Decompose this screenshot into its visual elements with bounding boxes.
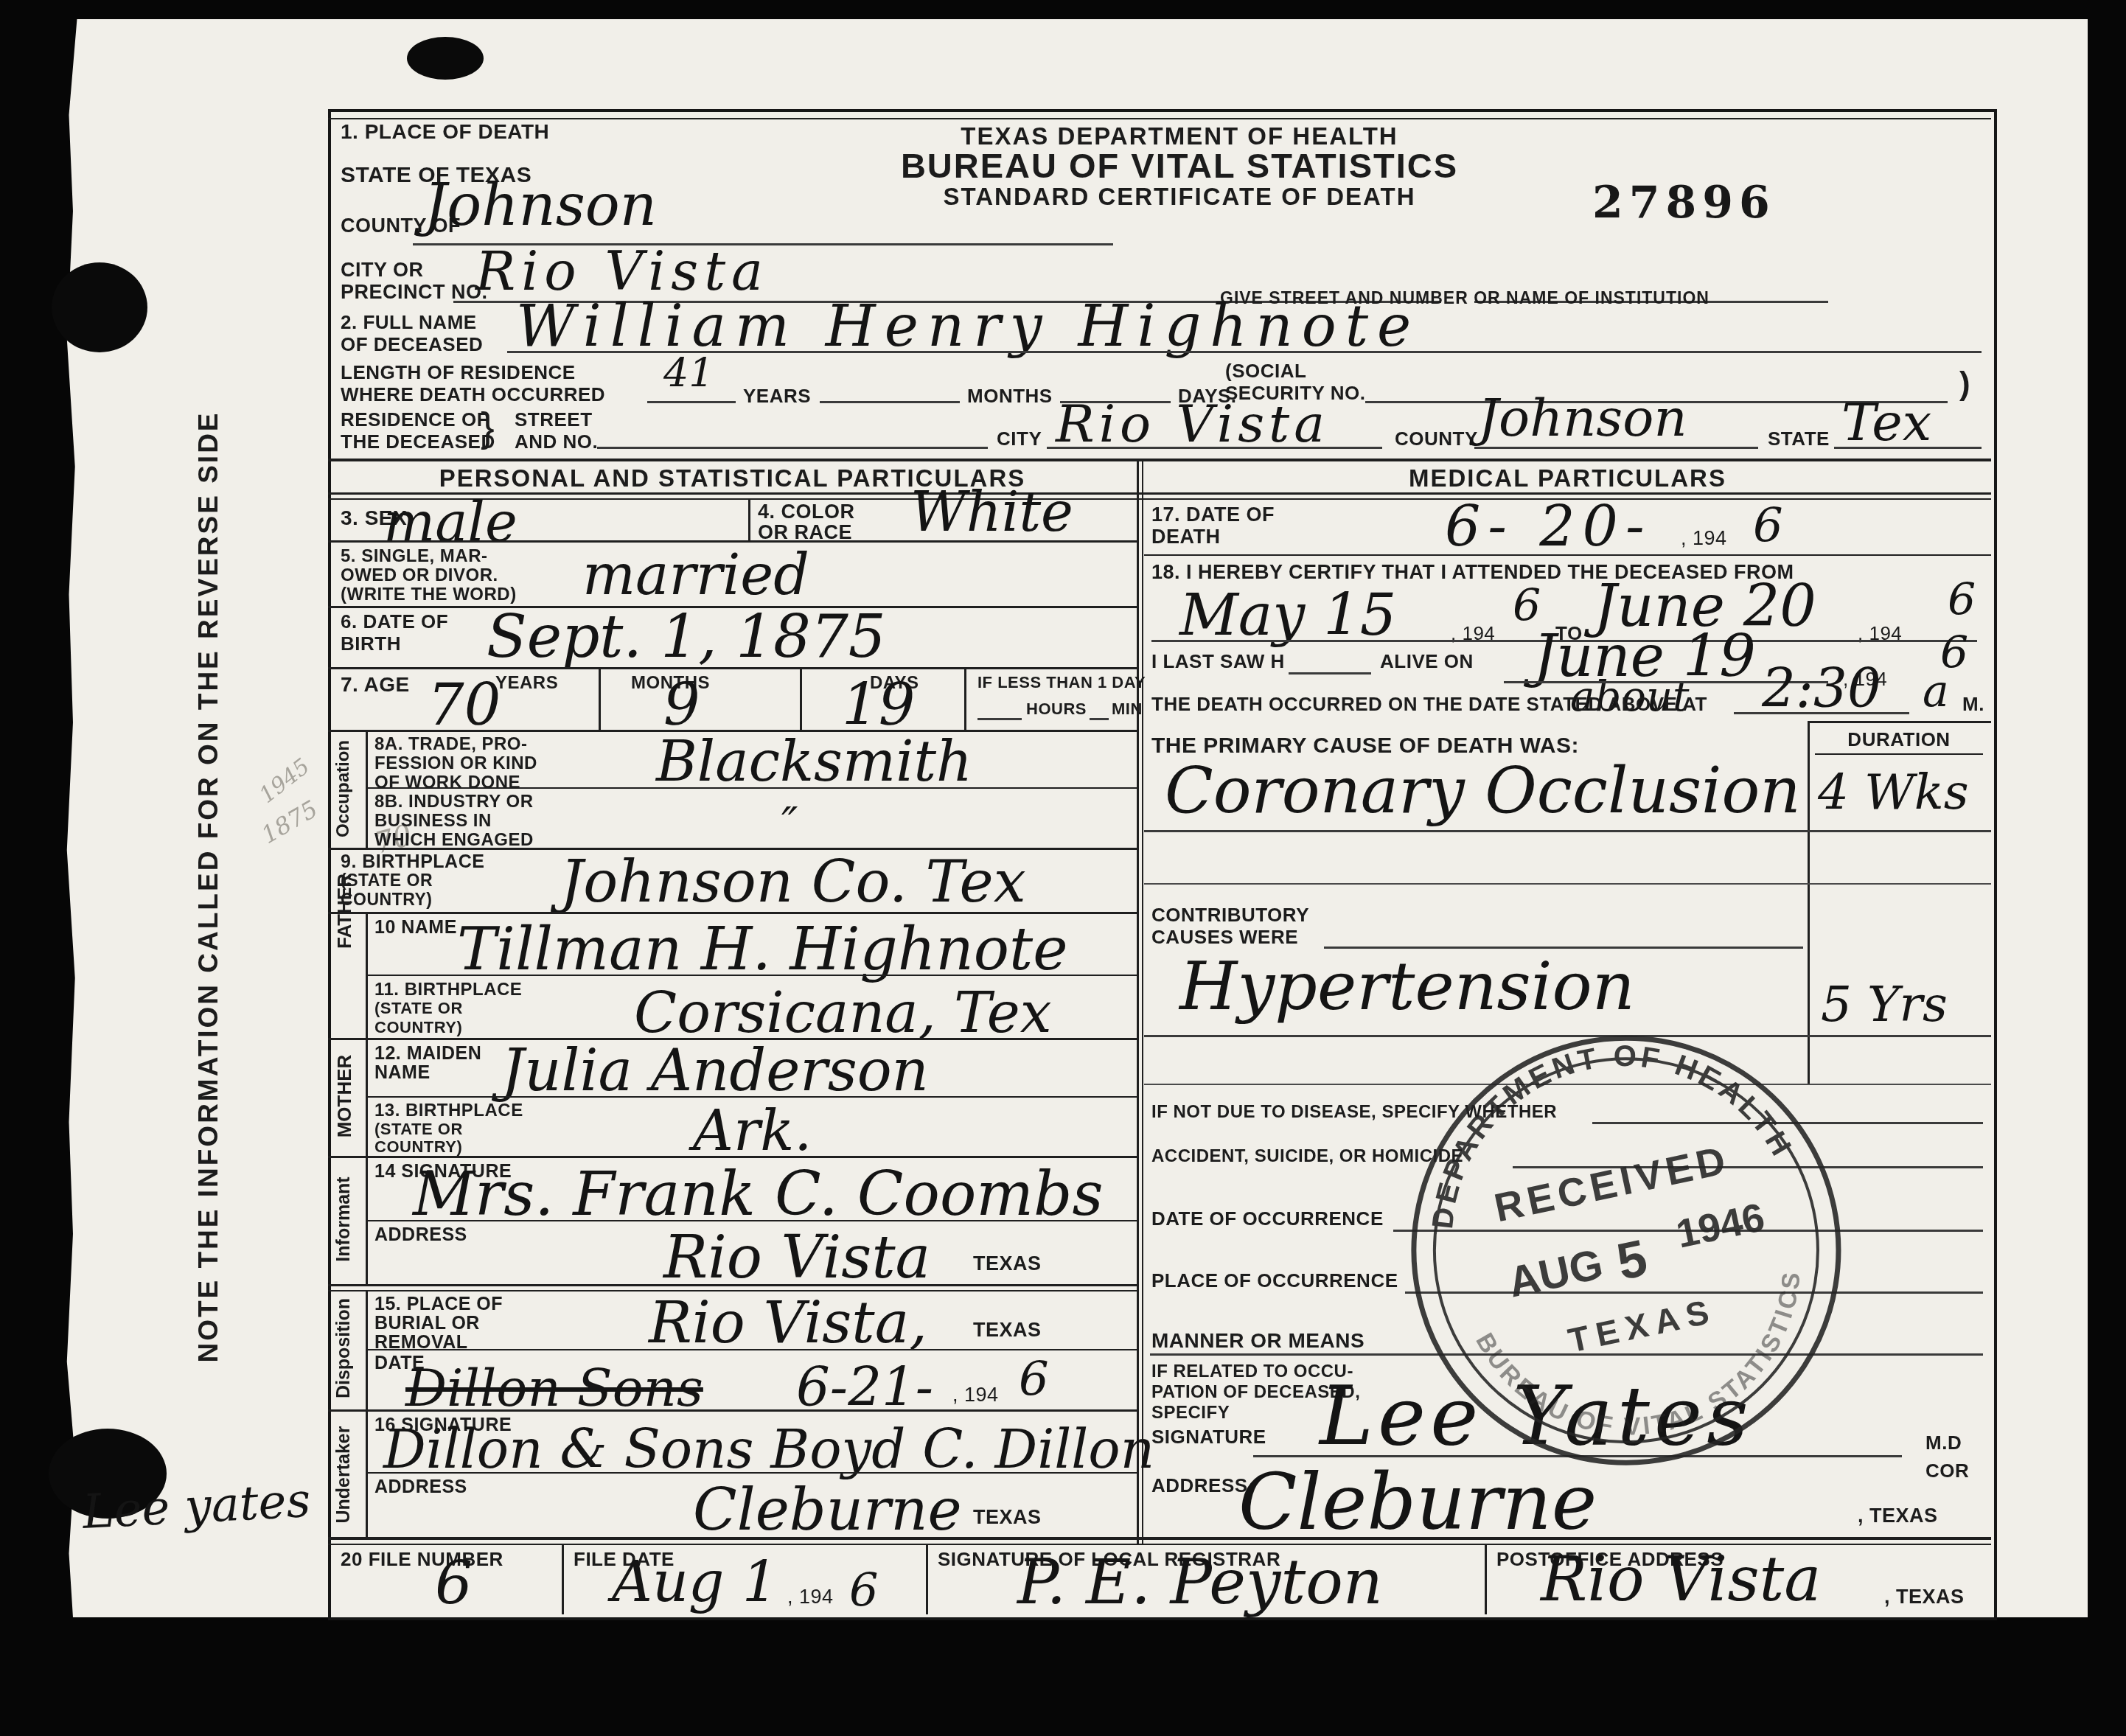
rule — [328, 1156, 1139, 1158]
city-value: Rio Vista — [475, 245, 769, 298]
rule — [1144, 830, 1808, 832]
maiden-value: Julia Anderson — [501, 1042, 929, 1100]
attended-from-value: May 15 — [1179, 587, 1396, 644]
rule — [1090, 718, 1109, 720]
months-label: MONTHS — [967, 386, 1053, 406]
certificate-number: 27896 — [1592, 177, 1776, 229]
rule — [328, 118, 1991, 119]
age-months-value: 9 — [663, 677, 700, 734]
rule — [328, 912, 1139, 914]
dob-label: BIRTH — [341, 634, 401, 654]
birthplace-label: 9. BIRTHPLACE — [341, 852, 484, 871]
mother-side-label: MOTHER — [333, 1038, 356, 1154]
death-time-ampm: a — [1923, 669, 1949, 714]
rule — [597, 447, 988, 449]
marital-label: (WRITE THE WORD) — [341, 585, 517, 604]
mother-birthplace-label: COUNTRY) — [374, 1138, 462, 1155]
dod-label: 17. DATE OF — [1151, 504, 1275, 525]
full-name-label: OF DECEASED — [341, 335, 483, 355]
rule — [366, 1472, 1139, 1474]
primary-cause-value: Coronary Occlusion — [1165, 759, 1801, 823]
dod-year-digit: 6 — [1753, 503, 1783, 550]
bureau-line: BUREAU OF VITAL STATISTICS — [774, 147, 1585, 184]
po-address-value: Rio Vista — [1541, 1548, 1821, 1610]
file-number-label: 20 FILE NUMBER — [341, 1549, 503, 1569]
street-label: STREET — [515, 410, 593, 430]
rule — [328, 667, 1139, 669]
undertaker-sig-value: Dillon & Sons Boyd C. Dillon — [383, 1423, 1154, 1476]
undertaker-side-label: Undertaker — [333, 1414, 355, 1535]
rule — [1474, 447, 1758, 449]
city-label: CITY OR — [341, 259, 424, 280]
marital-value: married — [582, 547, 809, 603]
full-name-value: William Henry Highnote — [516, 298, 1420, 355]
stamp-texas-text: TEXAS — [1565, 1291, 1720, 1359]
rule — [1834, 447, 1982, 449]
rule — [820, 401, 960, 403]
contributory-label: CONTRIBUTORY — [1151, 905, 1309, 925]
rule — [1808, 830, 1991, 832]
rule — [507, 351, 1982, 353]
rule — [1289, 672, 1371, 674]
maiden-label: NAME — [374, 1063, 431, 1082]
city-label: PRECINCT NO. — [341, 282, 488, 302]
registrar-value: P. E. Peyton — [1017, 1551, 1383, 1613]
dob-label: 6. DATE OF — [341, 612, 448, 632]
father-side-label: FATHER — [333, 849, 356, 973]
father-birthplace-label: COUNTRY) — [374, 1019, 462, 1036]
trade-label: OF WORK DONE — [374, 773, 520, 792]
undertaker-addr-value: Cleburne — [693, 1482, 962, 1539]
death-time-label: THE DEATH OCCURRED ON THE DATE STATED AB… — [1151, 694, 1707, 714]
title-line: STANDARD CERTIFICATE OF DEATH — [774, 184, 1585, 210]
rule — [748, 500, 750, 540]
rule — [328, 1409, 1139, 1412]
margin-note-reverse-side: NOTE THE INFORMATION CALLED FOR ON THE R… — [193, 397, 224, 1377]
medical-section-title: MEDICAL PARTICULARS — [1144, 466, 1991, 492]
primary-cause-duration: 4 Wks — [1818, 768, 1969, 817]
rule — [1485, 1544, 1487, 1614]
rule — [328, 1537, 1991, 1540]
hole-punch — [52, 262, 147, 352]
color-race-value: White — [910, 485, 1073, 540]
burial-date-value: 6-21- — [796, 1361, 933, 1414]
rule — [1142, 459, 1143, 1544]
street-label: AND NO. — [515, 432, 598, 452]
ssn-paren: ) — [1959, 367, 1970, 401]
industry-ditto-value: ″ — [781, 802, 798, 846]
last-saw-label: ALIVE ON — [1380, 652, 1474, 672]
age-years-label: YEARS — [495, 674, 558, 692]
burial-value: Rio Vista, — [649, 1294, 927, 1352]
res-city-value: Rio Vista — [1056, 398, 1329, 450]
rule — [1734, 712, 1909, 714]
rule — [328, 498, 1991, 500]
industry-label: WHICH ENGAGED — [374, 831, 534, 849]
res-city-label: CITY — [997, 429, 1042, 449]
rule — [328, 459, 1991, 461]
occupation-side-label: Occupation — [333, 731, 354, 846]
marital-label: OWED OR DIVOR. — [341, 566, 498, 585]
rule — [1137, 459, 1139, 1544]
stamp-day-text: 5 — [1612, 1229, 1652, 1291]
rule — [926, 1544, 928, 1614]
mother-birthplace-label: 13. BIRTHPLACE — [374, 1101, 523, 1120]
age-label: 7. AGE — [341, 674, 410, 695]
manner-label: MANNER OR MEANS — [1151, 1330, 1365, 1351]
age-min-label: MIN — [1112, 700, 1143, 717]
industry-label: 8B. INDUSTRY OR — [374, 792, 534, 811]
po-address-state: , TEXAS — [1884, 1586, 1965, 1607]
rule — [977, 718, 1022, 720]
md-label: M.D — [1925, 1433, 1962, 1453]
year-prefix: , 194 — [952, 1384, 999, 1405]
industry-label: BUSINESS IN — [374, 812, 492, 830]
duration-label: DURATION — [1815, 730, 1983, 750]
rule — [328, 1284, 1139, 1286]
marital-label: 5. SINGLE, MAR- — [341, 547, 488, 565]
scan-mark — [407, 37, 484, 80]
margin-signature-lee-yates: Lee yates — [82, 1477, 312, 1536]
birthplace-value: Johnson Co. Tex — [560, 854, 1026, 911]
undertaker-addr-state: TEXAS — [973, 1507, 1042, 1527]
rule — [366, 730, 368, 848]
informant-addr-value: Rio Vista — [663, 1228, 930, 1287]
rule — [328, 492, 1991, 495]
age-hours-label: HOURS — [1026, 700, 1087, 717]
father-name-label: 10 NAME — [374, 918, 457, 937]
res-county-label: COUNTY — [1395, 429, 1478, 449]
rule — [366, 1349, 1139, 1350]
rule — [1144, 554, 1991, 556]
rule — [1808, 1035, 1991, 1037]
rule — [366, 1220, 1139, 1221]
file-number-value: 6 — [435, 1554, 473, 1613]
age-less-label: IF LESS THAN 1 DAY — [977, 674, 1146, 691]
res-state-label: STATE — [1768, 429, 1830, 449]
residence-label: RESIDENCE OF — [341, 410, 489, 430]
death-time-m-label: M. — [1962, 694, 1984, 714]
file-date-year-digit: 6 — [849, 1567, 878, 1613]
color-race-label: 4. COLOR — [758, 501, 855, 522]
place-occurrence-label: PLACE OF OCCURRENCE — [1151, 1271, 1398, 1291]
place-of-death-label: 1. PLACE OF DEATH — [341, 121, 549, 142]
year-prefix: , 194 — [1681, 528, 1727, 548]
year-prefix: , 194 — [787, 1586, 834, 1607]
rule — [1808, 721, 1991, 723]
rule — [562, 1544, 564, 1614]
father-name-value: Tillman H. Highnote — [457, 920, 1068, 979]
undertaker-addr-label: ADDRESS — [374, 1477, 467, 1496]
age-years-value: 70 — [428, 677, 501, 734]
occupation-rel-label: SPECIFY — [1151, 1404, 1230, 1422]
county-value: Johnson — [424, 177, 657, 234]
informant-side-label: Informant — [333, 1156, 355, 1283]
burial-date-struck-text: Dillon Sons — [405, 1362, 703, 1414]
contributory-label: CAUSES WERE — [1151, 927, 1298, 947]
rule — [599, 667, 601, 730]
dod-value: 6- 20- — [1445, 498, 1652, 554]
contributory-value: Hypertension — [1179, 954, 1635, 1020]
burial-state: TEXAS — [973, 1320, 1042, 1340]
physician-address-label: ADDRESS — [1151, 1476, 1248, 1496]
physician-address-state: , TEXAS — [1858, 1505, 1938, 1526]
physician-signature-label: SIGNATURE — [1151, 1427, 1266, 1447]
burial-label: 15. PLACE OF — [374, 1294, 503, 1314]
trade-label: FESSION OR KIND — [374, 754, 537, 773]
years-label: YEARS — [743, 386, 811, 406]
res-state-value: Tex — [1841, 397, 1931, 448]
last-saw-label: I LAST SAW H — [1151, 652, 1285, 672]
informant-addr-label: ADDRESS — [374, 1225, 467, 1244]
stamp-month-text: AUG — [1504, 1240, 1607, 1306]
residence-length-label: WHERE DEATH OCCURRED — [341, 385, 605, 405]
residence-years-value: 41 — [663, 354, 714, 394]
residence-label: THE DECEASED — [341, 432, 495, 452]
rule — [366, 787, 1139, 789]
date-occurrence-label: DATE OF OCCURRENCE — [1151, 1209, 1384, 1229]
father-birthplace-label: 11. BIRTHPLACE — [374, 980, 522, 999]
rule — [800, 667, 802, 730]
maiden-label: 12. MAIDEN — [374, 1044, 481, 1063]
burial-date-year-digit: 6 — [1019, 1356, 1049, 1404]
rule — [1047, 447, 1382, 449]
file-date-value: Aug 1 — [612, 1554, 778, 1610]
age-days-value: 19 — [842, 677, 915, 734]
mother-birthplace-label: (STATE OR — [374, 1120, 463, 1137]
attended-from-year-digit: 6 — [1513, 584, 1541, 628]
attended-to-year-digit: 6 — [1948, 578, 1976, 622]
death-time-value: 2:30 — [1762, 662, 1881, 715]
rule — [1815, 753, 1983, 755]
rule — [964, 667, 966, 730]
rule — [647, 401, 736, 403]
father-birthplace-value: Corsicana, Tex — [634, 985, 1052, 1041]
rule — [1144, 883, 1991, 885]
cor-label: COR — [1925, 1461, 1969, 1481]
scanned-death-certificate: NOTE THE INFORMATION CALLED FOR ON THE R… — [0, 0, 2126, 1736]
stamp-year-text: 1946 — [1673, 1195, 1768, 1257]
ssn-label: (SOCIAL — [1225, 361, 1306, 381]
res-county-value: Johnson — [1478, 392, 1687, 444]
full-name-label: 2. FULL NAME — [341, 313, 477, 332]
dob-value: Sept. 1, 1875 — [487, 607, 886, 666]
dod-label: DEATH — [1151, 526, 1221, 547]
contributory-duration: 5 Yrs — [1821, 980, 1948, 1029]
residence-length-label: LENGTH OF RESIDENCE — [341, 363, 576, 383]
brace: } — [481, 405, 495, 449]
informant-addr-state: TEXAS — [973, 1253, 1042, 1274]
mother-birthplace-value: Ark. — [693, 1103, 812, 1159]
informant-sig-value: Mrs. Frank C. Coombs — [413, 1165, 1104, 1225]
trade-value: Blacksmith — [656, 733, 972, 789]
father-birthplace-label: (STATE OR — [374, 1000, 463, 1017]
disposition-side-label: Disposition — [333, 1289, 355, 1408]
rule — [366, 975, 1139, 976]
burial-label: BURIAL OR — [374, 1314, 480, 1333]
trade-label: 8A. TRADE, PRO- — [374, 735, 528, 753]
